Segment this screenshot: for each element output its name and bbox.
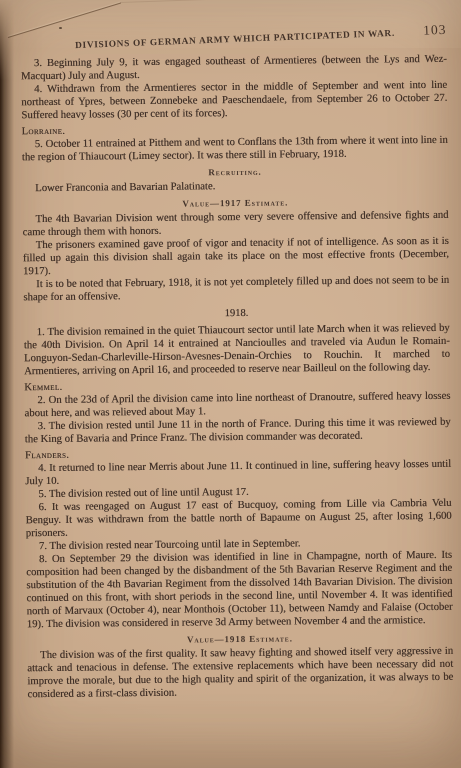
paragraph-value-1917-3: It is to be noted that February, 1918, i… [23,274,449,304]
paragraph-1918-6: 6. It was reengaged on August 17 east of… [25,497,451,540]
paragraph-1917-5: 5. October 11 entrained at Pitthem and w… [22,134,448,164]
paper-speck [59,27,62,29]
paragraph-value-1918: The division was of the first quality. I… [27,645,454,701]
paragraph-1918-1: 1. The division remained in the quiet Th… [24,322,451,378]
paragraph-1917-4: 4. Withdrawn from the Armentieres sector… [21,79,447,122]
page-content: DIVISIONS OF GERMAN ARMY WHICH PARTICIPA… [21,28,454,701]
binding-edge-shadow [0,0,14,768]
section-heading-1918: 1918. [23,306,449,322]
page-number: 103 [423,22,447,39]
scanned-page-photo: DIVISIONS OF GERMAN ARMY WHICH PARTICIPA… [0,0,461,768]
paragraph-recruiting: Lower Franconia and Bavarian Palatinate. [22,178,448,195]
paragraph-1918-3: 3. The division rested until June 11 in … [25,416,451,446]
paragraph-1918-8: 8. On September 29 the division was iden… [26,549,453,631]
paragraph-value-1917-2: The prisoners examined gave proof of vig… [23,235,449,278]
running-header-title: DIVISIONS OF GERMAN ARMY WHICH PARTICIPA… [21,28,416,53]
